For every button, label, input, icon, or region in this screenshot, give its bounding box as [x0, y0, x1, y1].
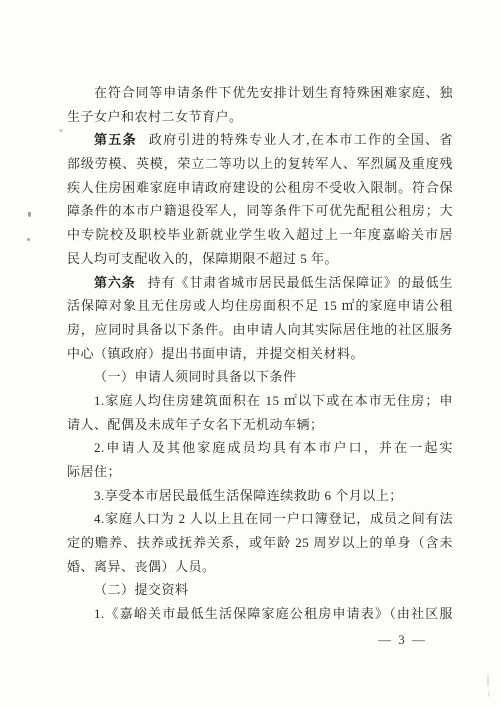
text-line: 部级劳模、英模，荣立二等功以上的复转军人、军烈属及重度残 — [67, 152, 453, 176]
scan-artifact — [59, 129, 63, 132]
text-line: 际居住； — [67, 460, 453, 484]
article-term: 第五条 — [94, 132, 137, 147]
text-line: 定的赡养、扶养或抚养关系，或年龄 25 周岁以上的单身（含未 — [67, 531, 453, 555]
text-line: 第六条持有《甘肃省城市居民最低生活保障证》的最低生 — [67, 271, 453, 295]
scan-artifact — [488, 691, 490, 697]
text-line: 婚、离异、丧偶）人员。 — [67, 555, 453, 579]
text-line: 1.家庭人均住房建筑面积在 15 ㎡以下或在本市无住房；申 — [67, 389, 453, 413]
text-line: 房，应同时具备以下条件。由申请人向其实际居住地的社区服务 — [67, 318, 453, 342]
text-line: 活保障对象且无住房或人均住房面积不足 15 ㎡的家庭申请公租 — [67, 294, 453, 318]
article-term: 第六条 — [94, 275, 136, 290]
text-line: 3.享受本市居民最低生活保障连续救助 6 个月以上； — [67, 484, 453, 508]
text-line: 障条件的本市户籍退役军人，同等条件下可优先配租公租房；大 — [67, 199, 453, 223]
text-line: （一）申请人须同时具备以下条件 — [67, 365, 453, 389]
text-line: 中心（镇政府）提出书面申请，并提交相关材料。 — [67, 342, 453, 366]
scan-artifact — [28, 212, 31, 217]
text-line: （二）提交资料 — [67, 578, 453, 602]
text-line: 疾人住房困难家庭申请政府建设的公租房不受收入限制。符合保 — [67, 176, 453, 200]
text-line: 中专院校及职校毕业新就业学生收入超过上一年度嘉峪关市居 — [67, 223, 453, 247]
text-line: 第五条政府引进的特殊专业人才,在本市工作的全国、省 — [67, 128, 453, 152]
document-body: 在符合同等申请条件下优先安排计划生育特殊困难家庭、独生子女户和农村二女节育户。第… — [67, 81, 453, 626]
text-line: 1.《嘉峪关市最低生活保障家庭公租房申请表》（由社区服 — [67, 602, 453, 626]
scan-artifact — [27, 238, 30, 241]
page-number: — 3 — — [378, 632, 427, 648]
scan-artifact — [487, 675, 489, 686]
text-line: 生子女户和农村二女节育户。 — [67, 105, 453, 129]
document-page: 在符合同等申请条件下优先安排计划生育特殊困难家庭、独生子女户和农村二女节育户。第… — [0, 0, 500, 707]
text-line: 在符合同等申请条件下优先安排计划生育特殊困难家庭、独 — [67, 81, 453, 105]
text-line: 请人、配偶及未成年子女名下无机动车辆； — [67, 413, 453, 437]
text-line: 民人均可支配收入的，保障期限不超过 5 年。 — [67, 247, 453, 271]
text-line: 4.家庭人口为 2 人以上且在同一户口簿登记，成员之间有法 — [67, 507, 453, 531]
text-line: 2.申请人及其他家庭成员均具有本市户口，并在一起实 — [67, 436, 453, 460]
